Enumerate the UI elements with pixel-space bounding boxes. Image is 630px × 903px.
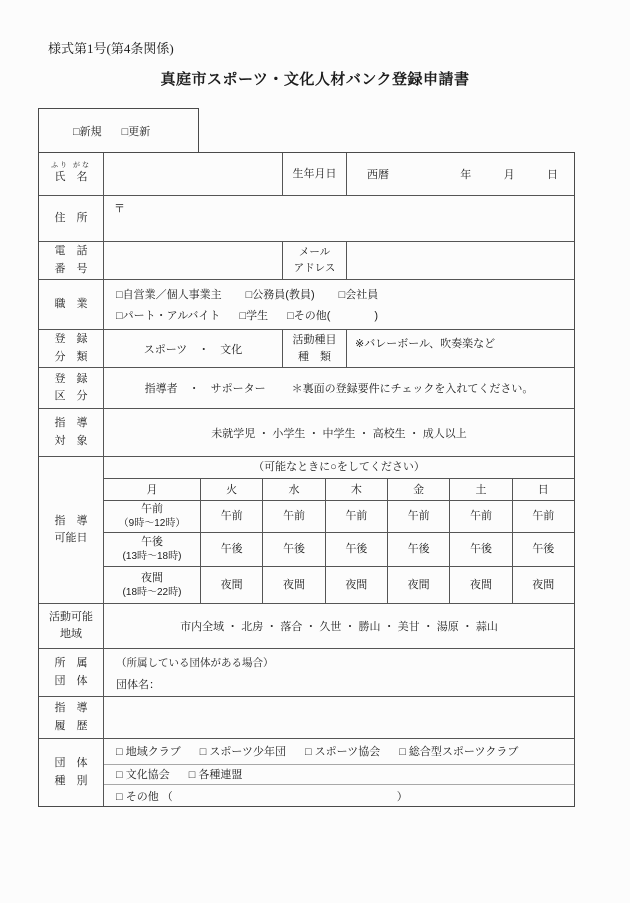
row-history: 指 導 履 歴	[39, 696, 574, 738]
checkbox-culture-association[interactable]: □ 文化協会	[116, 766, 170, 782]
schedule-row-morning: 午前 （9時～12時） 午前 午前 午前 午前 午前 午前	[104, 501, 574, 533]
registration-division-cell: 指導者 ・ サポーター ＊裏面の登録要件にチェックを入れてください。	[104, 368, 574, 408]
activity-type-input-cell[interactable]: ※バレーボール、吹奏楽など	[347, 330, 574, 367]
checkbox-renew[interactable]: □更新	[122, 123, 151, 139]
checkbox-comprehensive-sports-club[interactable]: □ 総合型スポーツクラブ	[399, 743, 518, 759]
org-type-label: 団 体 種 別	[39, 739, 104, 806]
era-label: 西暦	[367, 166, 389, 182]
schedule-row-night: 夜間 (18時～22時) 夜間 夜間 夜間 夜間 夜間 夜間	[104, 567, 574, 603]
email-input-cell[interactable]	[347, 242, 574, 279]
checkbox-public-servant[interactable]: □公務員(教員)	[246, 286, 315, 302]
day-header: 日	[513, 479, 574, 500]
schedule-cell[interactable]: 午前	[450, 501, 512, 532]
row-registration-division: 登 録 区 分 指導者 ・ サポーター ＊裏面の登録要件にチェックを入れてくださ…	[39, 367, 574, 408]
registration-division-options[interactable]: 指導者 ・ サポーター	[145, 380, 266, 396]
day-header: 水	[263, 479, 325, 500]
history-input-cell[interactable]	[104, 697, 574, 738]
birthdate-input-cell[interactable]: 西暦 年 月 日	[347, 153, 574, 195]
checkbox-company-employee[interactable]: □会社員	[339, 286, 379, 302]
page-title: 真庭市スポーツ・文化人材バンク登録申請書	[0, 68, 630, 89]
schedule-cell[interactable]: 午後	[513, 533, 574, 567]
schedule-table: （可能なときに○をしてください） 月 火 水 木 金 土 日 午前 （9時～12…	[104, 457, 574, 603]
checkbox-sports-youth-group[interactable]: □ スポーツ少年団	[200, 743, 286, 759]
registration-category-label: 登 録 分 類	[39, 330, 104, 367]
schedule-cell[interactable]: 夜間	[388, 567, 450, 603]
name-input-cell[interactable]	[104, 153, 282, 195]
registration-category-options[interactable]: スポーツ ・ 文化	[104, 330, 282, 367]
day-header: 木	[326, 479, 388, 500]
checkbox-new[interactable]: □新規	[73, 123, 102, 139]
row-phone: 電 話 番 号 メール アドレス	[39, 241, 574, 279]
schedule-cell[interactable]: 夜間	[513, 567, 574, 603]
teaching-target-options[interactable]: 未就学児 ・ 小学生 ・ 中学生 ・ 高校生 ・ 成人以上	[104, 409, 574, 456]
schedule-cell[interactable]: 午後	[388, 533, 450, 567]
schedule-cell[interactable]: 午後	[450, 533, 512, 567]
history-label: 指 導 履 歴	[39, 697, 104, 738]
slot-label-night: 夜間 (18時～22時)	[104, 567, 201, 603]
row-teaching-target: 指 導 対 象 未就学児 ・ 小学生 ・ 中学生 ・ 高校生 ・ 成人以上	[39, 408, 574, 456]
registration-division-note: ＊裏面の登録要件にチェックを入れてください。	[292, 380, 534, 396]
schedule-cell[interactable]: 夜間	[450, 567, 512, 603]
row-schedule: 指 導 可能日 （可能なときに○をしてください） 月 火 水 木 金 土 日 午…	[39, 456, 574, 603]
schedule-cell[interactable]: 夜間	[201, 567, 263, 603]
address-input-cell[interactable]: 〒	[104, 196, 574, 241]
schedule-cell[interactable]: 午前	[513, 501, 574, 532]
registration-division-label: 登 録 区 分	[39, 368, 104, 408]
day-label: 日	[547, 166, 558, 182]
occupation-label: 職 業	[39, 280, 104, 329]
activity-type-note: ※バレーボール、吹奏楽など	[355, 338, 495, 350]
day-header: 金	[388, 479, 450, 500]
checkbox-sports-association[interactable]: □ スポーツ協会	[305, 743, 380, 759]
month-label: 月	[504, 166, 515, 182]
row-occupation: 職 業 □自営業／個人事業主 □公務員(教員) □会社員 □パート・アルバイト …	[39, 279, 574, 329]
other-org-close-paren: ）	[397, 788, 408, 804]
postal-mark: 〒	[114, 203, 125, 215]
row-org-type: 団 体 種 別 □ 地域クラブ □ スポーツ少年団 □ スポーツ協会 □ 総合型…	[39, 738, 574, 806]
checkbox-local-club[interactable]: □ 地域クラブ	[116, 743, 181, 759]
schedule-label: 指 導 可能日	[39, 457, 104, 603]
email-label: メール アドレス	[282, 242, 347, 279]
form-code: 様式第1号(第4条関係)	[48, 38, 174, 57]
occupation-options: □自営業／個人事業主 □公務員(教員) □会社員 □パート・アルバイト □学生 …	[104, 280, 574, 329]
checkbox-other-org[interactable]: □ その他 （	[116, 788, 173, 804]
row-activity-area: 活動可能 地域 市内全域 ・ 北房 ・ 落合 ・ 久世 ・ 勝山 ・ 美甘 ・ …	[39, 603, 574, 648]
day-header: 火	[201, 479, 263, 500]
day-header: 土	[450, 479, 512, 500]
form-table: ふり がな 氏 名 生年月日 西暦 年 月 日 住 所 〒	[38, 152, 575, 807]
phone-label: 電 話 番 号	[39, 242, 104, 279]
activity-area-options[interactable]: 市内全域 ・ 北房 ・ 落合 ・ 久世 ・ 勝山 ・ 美甘 ・ 湯原 ・ 蒜山	[104, 604, 574, 648]
schedule-cell[interactable]: 午前	[388, 501, 450, 532]
birthdate-label: 生年月日	[282, 153, 347, 195]
activity-type-label: 活動種目 種 類	[282, 330, 347, 367]
schedule-cell[interactable]: 午後	[201, 533, 263, 567]
application-form-page: 様式第1号(第4条関係) 真庭市スポーツ・文化人材バンク登録申請書 □新規 □更…	[0, 0, 630, 903]
day-header: 月	[104, 479, 201, 500]
organization-name-input[interactable]: 団体名：	[116, 676, 574, 692]
org-type-options: □ 地域クラブ □ スポーツ少年団 □ スポーツ協会 □ 総合型スポーツクラブ …	[104, 739, 574, 806]
schedule-cell[interactable]: 午前	[263, 501, 325, 532]
name-label: ふり がな 氏 名	[39, 153, 104, 195]
organization-label: 所 属 団 体	[39, 649, 104, 696]
status-box: □新規 □更新	[38, 108, 199, 153]
checkbox-self-employed[interactable]: □自営業／個人事業主	[116, 286, 222, 302]
organization-cell: （所属している団体がある場合） 団体名：	[104, 649, 574, 696]
schedule-cell[interactable]: 午後	[263, 533, 325, 567]
schedule-day-header: 月 火 水 木 金 土 日	[104, 479, 574, 501]
activity-area-label: 活動可能 地域	[39, 604, 104, 648]
row-name: ふり がな 氏 名 生年月日 西暦 年 月 日	[39, 153, 574, 195]
checkbox-part-time[interactable]: □パート・アルバイト	[116, 307, 220, 323]
schedule-cell[interactable]: 午後	[326, 533, 388, 567]
phone-input-cell[interactable]	[104, 242, 282, 279]
schedule-cell[interactable]: 夜間	[326, 567, 388, 603]
year-label: 年	[460, 166, 471, 182]
schedule-cell[interactable]: 午前	[326, 501, 388, 532]
schedule-cell[interactable]: 夜間	[263, 567, 325, 603]
slot-label-morning: 午前 （9時～12時）	[104, 501, 201, 532]
address-label: 住 所	[39, 196, 104, 241]
organization-note: （所属している団体がある場合）	[116, 655, 574, 670]
furigana-label: ふり がな	[51, 162, 91, 170]
row-registration-category: 登 録 分 類 スポーツ ・ 文化 活動種目 種 類 ※バレーボール、吹奏楽など	[39, 329, 574, 367]
teaching-target-label: 指 導 対 象	[39, 409, 104, 456]
row-organization: 所 属 団 体 （所属している団体がある場合） 団体名：	[39, 648, 574, 696]
schedule-cell[interactable]: 午前	[201, 501, 263, 532]
schedule-row-afternoon: 午後 (13時～18時) 午後 午後 午後 午後 午後 午後	[104, 533, 574, 568]
slot-label-afternoon: 午後 (13時～18時)	[104, 533, 201, 567]
checkbox-various-federations[interactable]: □ 各種連盟	[189, 766, 243, 782]
schedule-note: （可能なときに○をしてください）	[104, 457, 574, 479]
row-address: 住 所 〒	[39, 195, 574, 241]
checkbox-other-occupation[interactable]: □その他( )	[287, 307, 378, 323]
checkbox-student[interactable]: □学生	[239, 307, 268, 323]
